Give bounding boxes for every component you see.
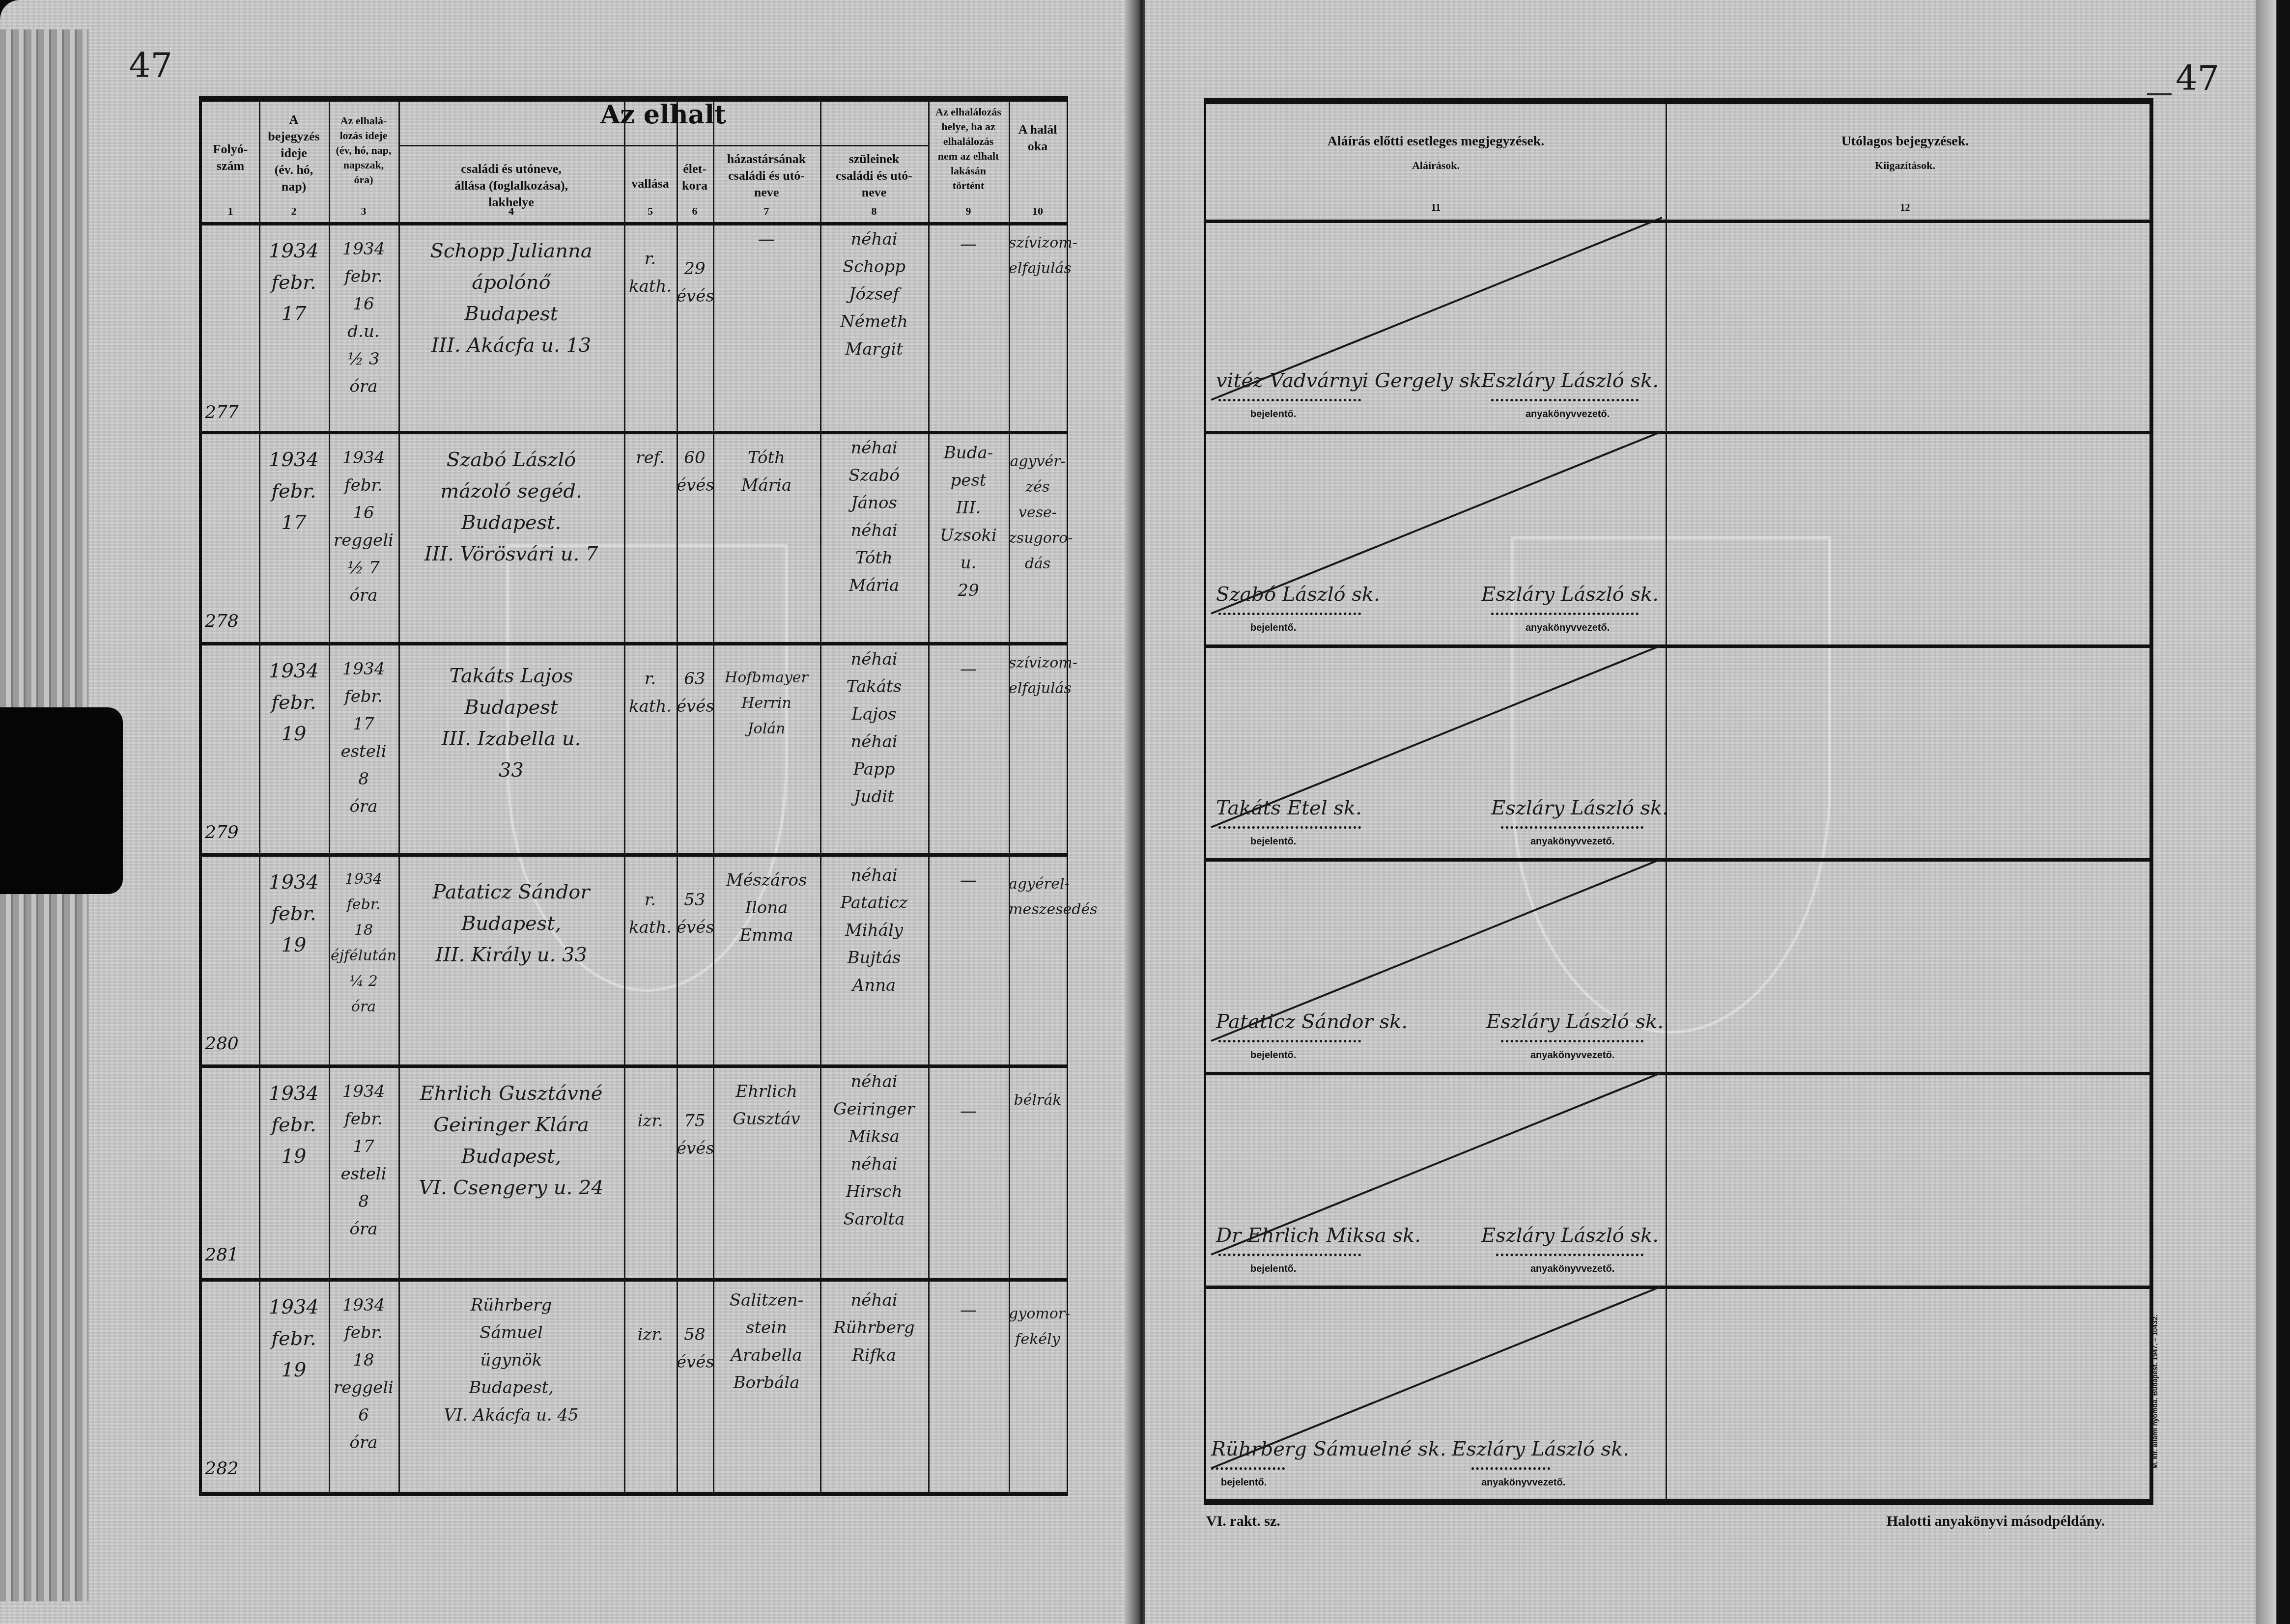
column-number: 5 <box>624 205 677 218</box>
header-serial-number: Folyó- szám <box>202 141 259 174</box>
page-number-right: 47 <box>2176 58 2219 98</box>
spouse-name: Salitzen- stein Arabella Borbála <box>713 1287 820 1397</box>
death-time: 1934 febr. 17 esteli 8 óra <box>329 655 398 820</box>
header-parents: szüleinek családi és utó- neve <box>820 151 928 201</box>
cause-of-death: szívizom- elfajulás <box>1009 230 1067 281</box>
entry-date: 1934 febr. 19 <box>259 1291 329 1386</box>
printer-imprint: M. kir. állami nyomda. Budapest. 1947. –… <box>2151 1315 2159 1469</box>
header-signatures: Aláírások. <box>1206 159 1666 172</box>
table-row: 280 1934 febr. 19 1934 febr. 18 éjfélutá… <box>202 857 1067 1064</box>
deceased-name: Schopp Julianna ápolónő Budapest III. Ak… <box>398 235 624 361</box>
declarant-signature: Szabó László sk. <box>1216 583 1380 606</box>
deceased-name: Pataticz Sándor Budapest, III. Király u.… <box>398 876 624 971</box>
parents-names: néhai Pataticz Mihály Bujtás Anna <box>820 862 928 999</box>
registrar-label: anyakönyvvezető. <box>1530 1050 1614 1061</box>
registrar-label: anyakönyvvezető. <box>1481 1477 1565 1488</box>
column-number: 7 <box>713 205 820 218</box>
place-of-death: — <box>928 230 1009 258</box>
header-corrections: Kiigazítások. <box>1666 159 2145 172</box>
cause-of-death: szívizom- elfajulás <box>1009 650 1067 701</box>
table-row: 282 1934 febr. 19 1934 febr. 18 reggeli … <box>202 1282 1067 1488</box>
column-number: 1 <box>202 205 259 218</box>
entry-date: 1934 febr. 19 <box>259 867 329 961</box>
cause-of-death: gyomor- fekély <box>1009 1301 1067 1352</box>
declarant-signature: Takáts Etel sk. <box>1216 797 1362 819</box>
parents-names: néhai Schopp József Németh Margit <box>820 225 928 363</box>
spouse-name: Ehrlich Gusztáv <box>713 1078 820 1133</box>
header-place-of-death: Az elhalálozás helye, ha az elhalálozás … <box>928 105 1009 193</box>
place-of-death: — <box>928 1097 1009 1125</box>
parents-names: néhai Szabó János néhai Tóth Mária <box>820 434 928 599</box>
header-subsequent-entries: Utólagos bejegyzések. <box>1666 134 2145 149</box>
place-of-death: — <box>928 867 1009 894</box>
death-time: 1934 febr. 18 reggeli 6 óra <box>329 1291 398 1456</box>
declarant-signature: Pataticz Sándor sk. <box>1216 1010 1408 1033</box>
registrar-signature: Eszláry László sk. <box>1486 1010 1664 1033</box>
age: 60 évés <box>677 444 713 499</box>
place-of-death: — <box>928 655 1009 683</box>
footer-register-title: Halotti anyakönyvi másodpéldány. <box>1887 1513 2105 1530</box>
death-register-table: Folyó- szám A bejegyzés ideje (év. hó, n… <box>199 96 1068 1496</box>
religion: r. kath. <box>624 665 677 720</box>
coat-of-arms-watermark <box>1511 536 1831 1034</box>
registrar-signature: Eszláry László sk. <box>1481 1224 1659 1247</box>
registrar-label: anyakönyvvezető. <box>1530 836 1614 847</box>
declarant-signature: vitéz Vadvárnyi Gergely sk. <box>1216 369 1488 392</box>
declarant-signature: Rührberg Sámuelné sk. <box>1211 1438 1446 1460</box>
deceased-name: Szabó László mázoló segéd. Budapest. III… <box>398 444 624 570</box>
header-death-time: Az elhalá- lozás ideje (év, hó, nap, nap… <box>329 113 398 187</box>
parents-names: néhai Rührberg Rifka <box>820 1287 928 1369</box>
declarant-label: bejelentő. <box>1250 622 1296 634</box>
declarant-label: bejelentő. <box>1250 836 1296 847</box>
table-row: 279 1934 febr. 19 1934 febr. 17 esteli 8… <box>202 645 1067 853</box>
declarant-signature: Dr Ehrlich Miksa sk. <box>1216 1224 1421 1247</box>
deceased-name: Rührberg Sámuel ügynök Budapest, VI. Aká… <box>398 1291 624 1429</box>
entry-date: 1934 febr. 19 <box>259 1078 329 1172</box>
header-deceased-name: családi és utóneve, állása (foglalkozása… <box>398 161 624 211</box>
header-remarks-before-signing: Aláírás előtti esetleges megjegyzések. <box>1206 134 1666 149</box>
registrar-label: anyakönyvvezető. <box>1526 409 1610 420</box>
registrar-signature: Eszláry László sk. <box>1491 797 1668 819</box>
age: 29 évés <box>677 255 713 310</box>
spouse-name: Tóth Mária <box>713 444 820 499</box>
entry-date: 1934 febr. 17 <box>259 235 329 330</box>
header-deceased-group: Az elhalt <box>398 107 928 123</box>
entry-date: 1934 febr. 17 <box>259 444 329 538</box>
row-serial-number: 282 <box>205 1458 239 1479</box>
registrar-label: anyakönyvvezető. <box>1526 622 1610 634</box>
row-serial-number: 277 <box>205 402 239 422</box>
header-religion: vallása <box>624 175 677 192</box>
cause-of-death: bélrák <box>1009 1088 1067 1113</box>
registrar-label: anyakönyvvezető. <box>1530 1263 1614 1275</box>
registrar-signature: Eszláry László sk. <box>1452 1438 1629 1460</box>
entry-date: 1934 febr. 19 <box>259 655 329 750</box>
registrar-signature: Eszláry László sk. <box>1481 369 1659 392</box>
cause-of-death: agyérel- meszesedés <box>1009 871 1067 923</box>
place-of-death: Buda- pest III. Uzsoki u. 29 <box>928 439 1009 604</box>
registrar-signature: Eszláry László sk. <box>1481 583 1659 606</box>
column-number: 10 <box>1009 205 1067 218</box>
declarant-label: bejelentő. <box>1221 1477 1267 1488</box>
row-serial-number: 279 <box>205 822 239 842</box>
column-number: 4 <box>398 205 624 218</box>
death-time: 1934 febr. 16 d.u. ½ 3 óra <box>329 235 398 400</box>
spouse-name: — <box>713 225 820 253</box>
column-number: 6 <box>677 205 713 218</box>
header-entry-date: A bejegyzés ideje (év. hó, nap) <box>259 112 329 195</box>
religion: r. kath. <box>624 245 677 300</box>
black-page-tab <box>0 707 123 894</box>
parents-names: néhai Geiringer Miksa néhai Hirsch Sarol… <box>820 1068 928 1233</box>
column-number: 3 <box>329 205 398 218</box>
religion: r. kath. <box>624 886 677 941</box>
column-number: 8 <box>820 205 928 218</box>
declarant-label: bejelentő. <box>1250 1050 1296 1061</box>
cause-of-death: agyvér- zés vese- zsugoro- dás <box>1009 449 1067 577</box>
death-time: 1934 febr. 17 esteli 8 óra <box>329 1078 398 1243</box>
age: 58 évés <box>677 1321 713 1376</box>
spouse-name: Mészáros Ilona Emma <box>713 867 820 949</box>
column-number: 2 <box>259 205 329 218</box>
page-number-left: 47 <box>129 45 172 85</box>
deceased-name: Takáts Lajos Budapest III. Izabella u. 3… <box>398 660 624 786</box>
death-time: 1934 febr. 18 éjfélután ¼ 2 óra <box>329 867 398 1020</box>
religion: izr. <box>624 1107 677 1135</box>
signatures-table: Aláírás előtti esetleges megjegyzések. A… <box>1204 98 2153 1505</box>
spouse-name: Hofbmayer Herrin Jolán <box>713 665 820 742</box>
column-number: 9 <box>928 205 1009 218</box>
column-number: 12 <box>1666 202 2145 214</box>
deceased-name: Ehrlich Gusztávné Geiringer Klára Budape… <box>398 1078 624 1204</box>
right-page-edge <box>2256 0 2290 1624</box>
religion: ref. <box>624 444 677 472</box>
age: 53 évés <box>677 886 713 941</box>
religion: izr. <box>624 1321 677 1348</box>
declarant-label: bejelentő. <box>1250 409 1296 420</box>
table-row: 281 1934 febr. 19 1934 febr. 17 esteli 8… <box>202 1068 1067 1278</box>
parents-names: néhai Takáts Lajos néhai Papp Judit <box>820 645 928 811</box>
footer-storage-number: VI. rakt. sz. <box>1206 1513 1280 1530</box>
header-age: élet- kora <box>677 161 713 194</box>
column-number: 11 <box>1206 202 1666 214</box>
age: 75 évés <box>677 1107 713 1162</box>
place-of-death: — <box>928 1296 1009 1324</box>
death-time: 1934 febr. 16 reggeli ½ 7 óra <box>329 444 398 609</box>
header-cause-of-death: A halál oka <box>1009 121 1067 155</box>
age: 63 évés <box>677 665 713 720</box>
left-page: 47 Folyó- szám A bejegyzés ideje (év. hó… <box>0 0 1130 1624</box>
row-serial-number: 281 <box>205 1245 239 1265</box>
declarant-label: bejelentő. <box>1250 1263 1296 1275</box>
table-row: 278 1934 febr. 17 1934 febr. 16 reggeli … <box>202 434 1067 642</box>
row-serial-number: 278 <box>205 611 239 631</box>
row-serial-number: 280 <box>205 1034 239 1054</box>
table-row: 277 1934 febr. 17 1934 febr. 16 d.u. ½ 3… <box>202 225 1067 431</box>
header-spouse: házastársának családi és utó- neve <box>713 151 820 201</box>
